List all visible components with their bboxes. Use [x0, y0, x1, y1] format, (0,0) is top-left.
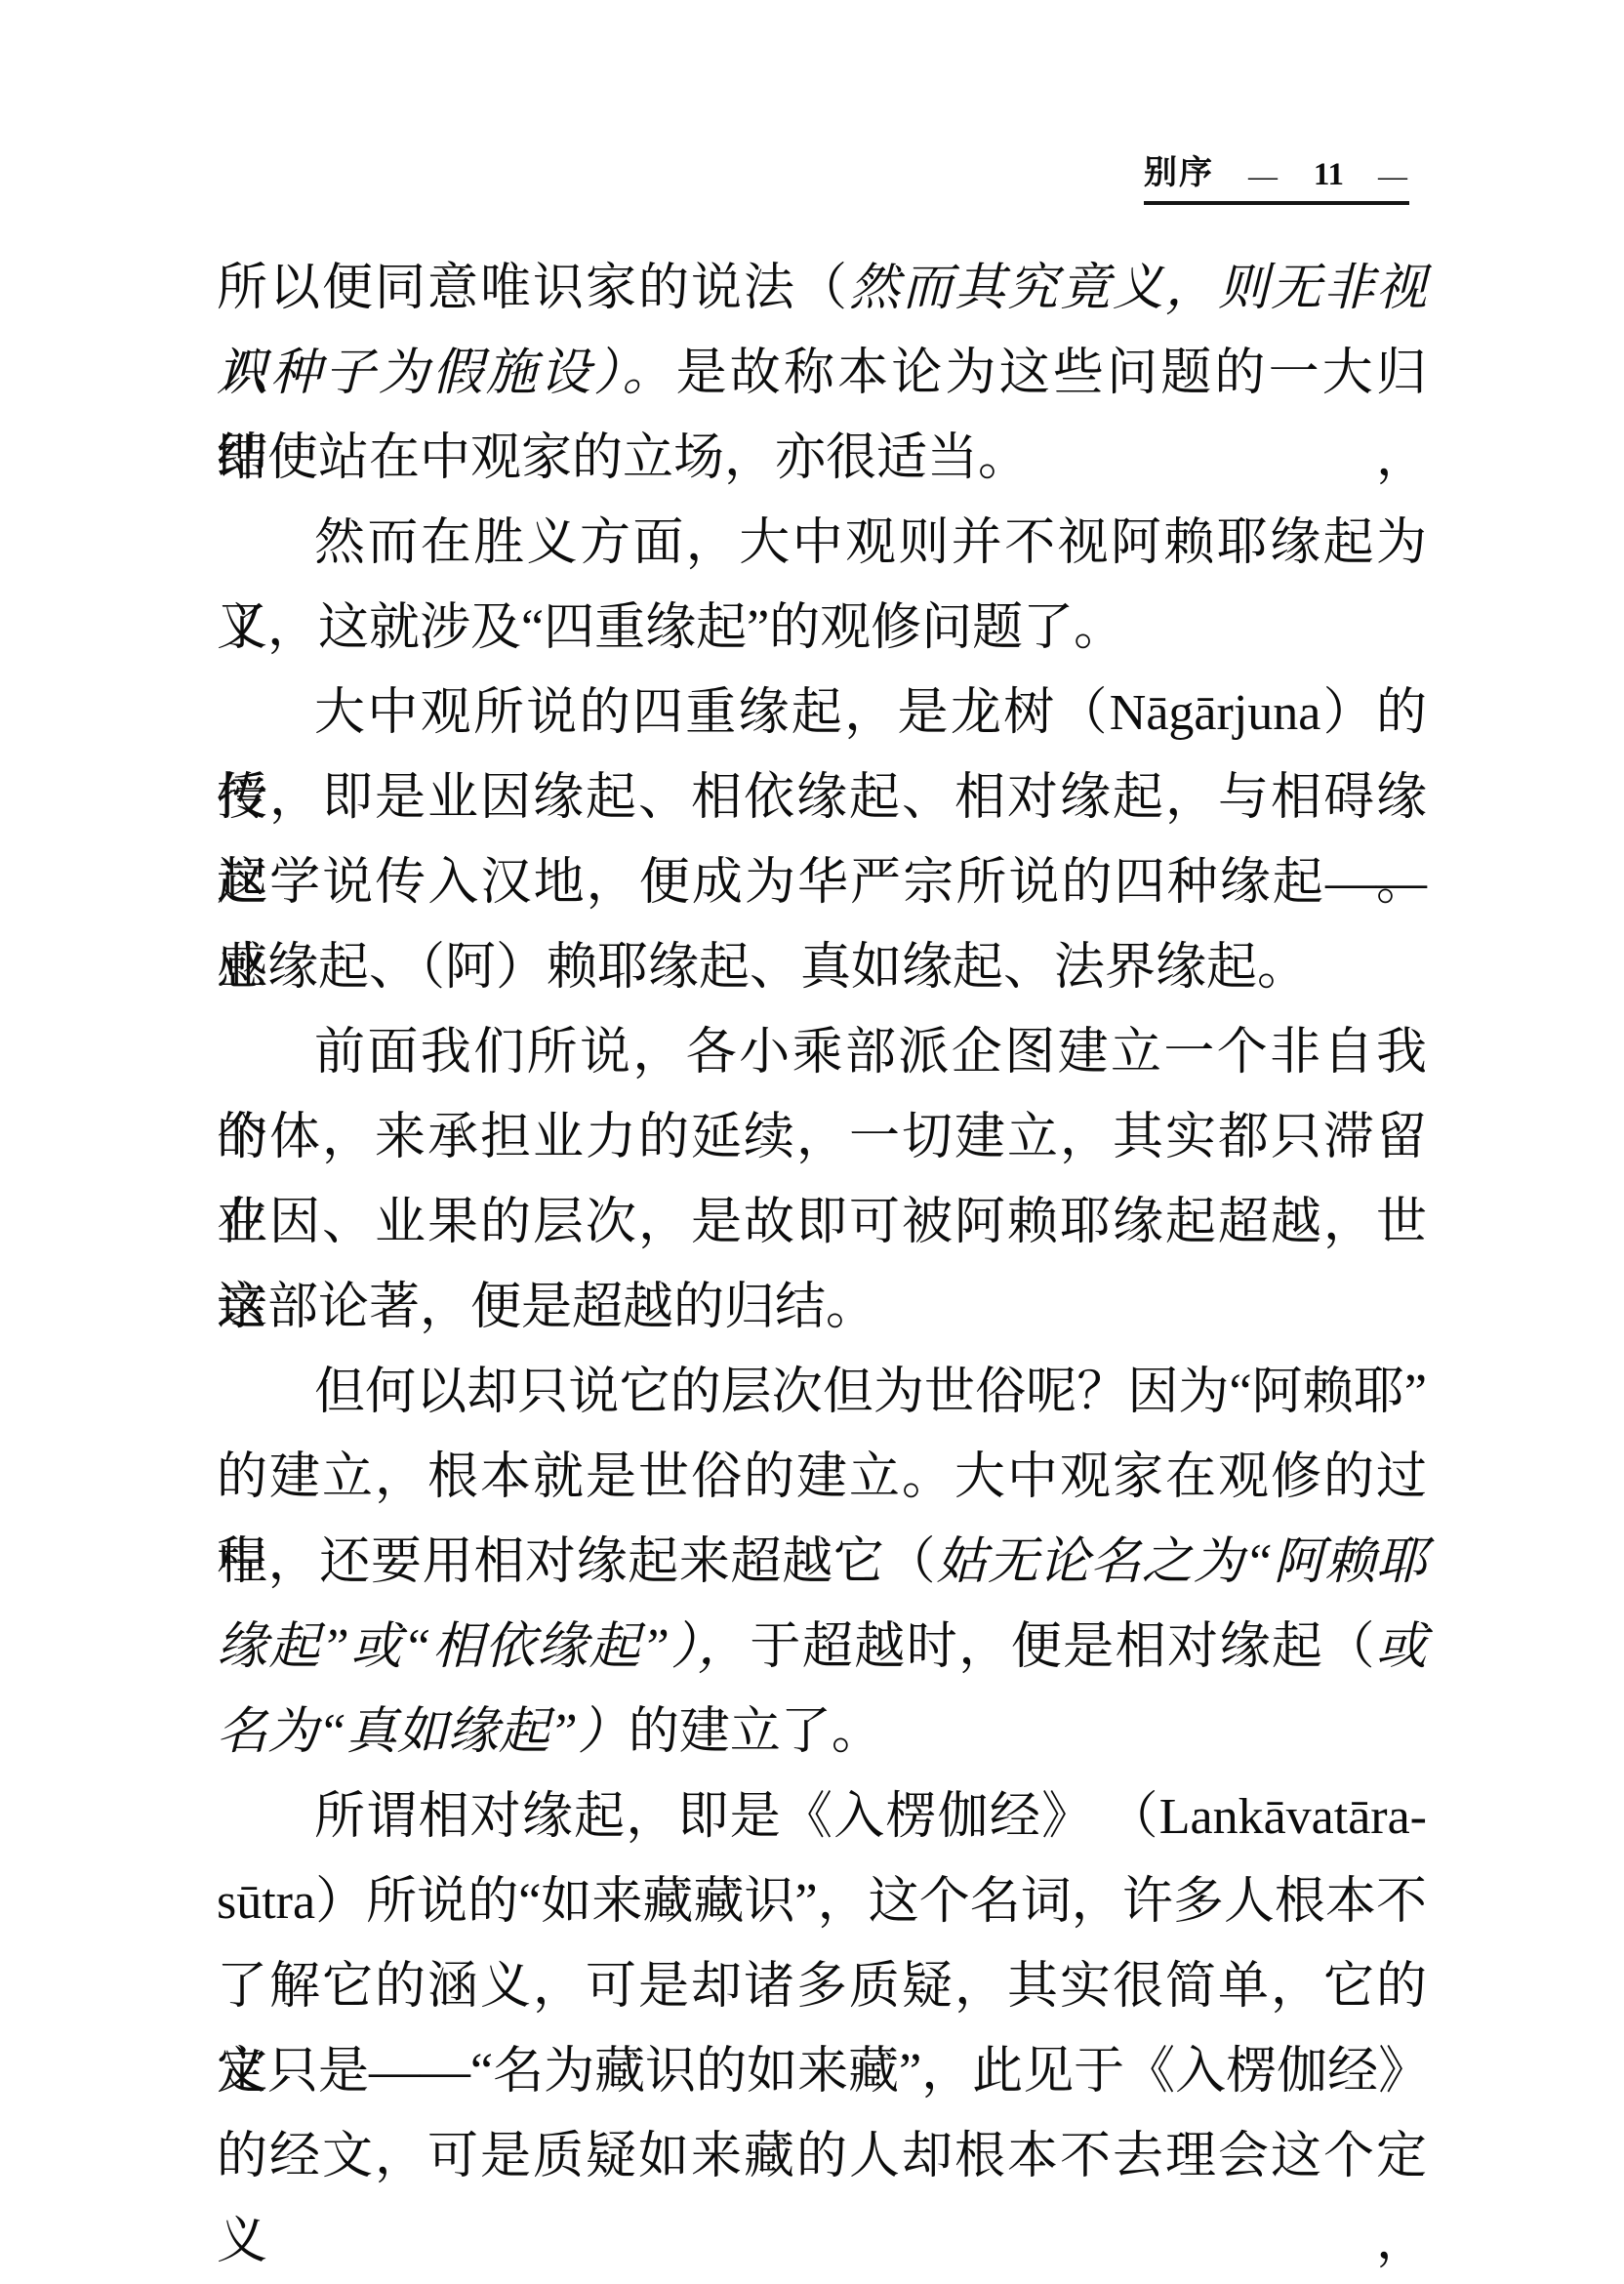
text-line: sūtra）所说的“如来藏藏识”，这个名词，许多人根本不 — [217, 1859, 1427, 1944]
text-line: 中，还要用相对缘起来超越它（姑无论名之为“阿赖耶 — [217, 1520, 1427, 1605]
text-segment: 义，这就涉及“四重缘起”的观修问题了。 — [217, 600, 1124, 656]
kai-annotation-segment: 姑无论名之为“阿赖耶 — [936, 1534, 1427, 1590]
text-segment: 所以便同意唯识家的说法（ — [217, 261, 849, 316]
text-line: 所以便同意唯识家的说法（然而其究竟义，则无非视八 — [217, 246, 1427, 331]
page-number: 11 — [1314, 157, 1344, 193]
text-line: 的经文，可是质疑如来藏的人却根本不去理会这个定义， — [217, 2114, 1427, 2199]
text-line: 的建立，根本就是世俗的建立。大中观家在观修的过程 — [217, 1435, 1427, 1520]
text-line: 前面我们所说，各小乘部派企图建立一个非自我的 — [217, 1010, 1427, 1095]
kai-annotation-segment: 名为“真如缘起”） — [217, 1704, 629, 1760]
header-dash-right: — — [1378, 160, 1409, 193]
text-segment: 的建立了。 — [629, 1704, 882, 1760]
text-line: 业因、业果的层次，是故即可被阿赖耶缘起超越，世亲 — [217, 1180, 1427, 1265]
text-segment: 于超越时，便是相对缘起（ — [750, 1619, 1376, 1675]
text-line: 感缘起、（阿）赖耶缘起、真如缘起、法界缘起。 — [217, 925, 1427, 1010]
text-segment: 感缘起、（阿）赖耶缘起、真如缘起、法界缘起。 — [217, 940, 1308, 996]
text-line: 所谓相对缘起，即是《入楞伽经》 （Lankāvatāra- — [217, 1774, 1427, 1859]
text-line: 但何以却只说它的层次但为世俗呢？因为“阿赖耶” — [217, 1350, 1427, 1435]
text-segment: 即使站在中观家的立场，亦很适当。 — [217, 430, 1029, 486]
kai-annotation-segment: 识种子为假施设）。 — [217, 346, 676, 401]
text-line: 义只是——“名为藏识的如来藏”，此见于《入楞伽经》 — [217, 2029, 1427, 2114]
section-title: 别序 — [1144, 145, 1214, 193]
text-line: 这部论著，便是超越的归结。 — [217, 1265, 1427, 1350]
text-line: 然而在胜义方面，大中观则并不视阿赖耶缘起为了 — [217, 501, 1427, 586]
text-line: 这学说传入汉地，便成为华严宗所说的四种缘起——业 — [217, 840, 1427, 925]
body-text: 所以便同意唯识家的说法（然而其究竟义，则无非视八识种子为假施设）。是故称本论为这… — [217, 246, 1427, 2199]
text-line: 授，即是业因缘起、相依缘起、相对缘起，与相碍缘起。 — [217, 755, 1427, 840]
text-segment: 但何以却只说它的层次但为世俗呢？因为“阿赖耶” — [314, 1365, 1427, 1420]
text-segment: sūtra）所说的“如来藏藏识”，这个名词，许多人根本不 — [217, 1874, 1427, 1930]
text-segment: 所谓相对缘起，即是《入楞伽经》 （Lankāvatāra- — [314, 1789, 1427, 1845]
text-segment: 中，还要用相对缘起来超越它（ — [217, 1534, 936, 1590]
running-head: 别序 — 11 — — [1144, 144, 1409, 205]
text-line: 识种子为假施设）。是故称本论为这些问题的一大归结， — [217, 331, 1427, 416]
kai-annotation-segment: 缘起”或“相依缘起”）， — [217, 1619, 750, 1675]
text-line: 个体，来承担业力的延续，一切建立，其实都只滞留在 — [217, 1095, 1427, 1180]
book-page: 别序 — 11 — 所以便同意唯识家的说法（然而其究竟义，则无非视八识种子为假施… — [0, 0, 1624, 2284]
header-dash-left: — — [1248, 160, 1279, 193]
kai-annotation-segment: 或 — [1376, 1619, 1427, 1675]
text-segment: 这部论著，便是超越的归结。 — [217, 1280, 876, 1335]
text-line: 缘起”或“相依缘起”），于超越时，便是相对缘起（或 — [217, 1605, 1427, 1690]
text-segment: 义只是——“名为藏识的如来藏”，此见于《入楞伽经》 — [217, 2044, 1429, 2100]
text-segment: 的经文，可是质疑如来藏的人却根本不去理会这个定义， — [217, 2129, 1427, 2269]
text-line: 了解它的涵义，可是却诸多质疑，其实很简单，它的定 — [217, 1944, 1427, 2029]
text-line: 名为“真如缘起”）的建立了。 — [217, 1690, 1427, 1774]
text-line: 大中观所说的四重缘起，是龙树（Nāgārjuna）的传 — [217, 671, 1427, 755]
text-line: 义，这就涉及“四重缘起”的观修问题了。 — [217, 586, 1427, 671]
